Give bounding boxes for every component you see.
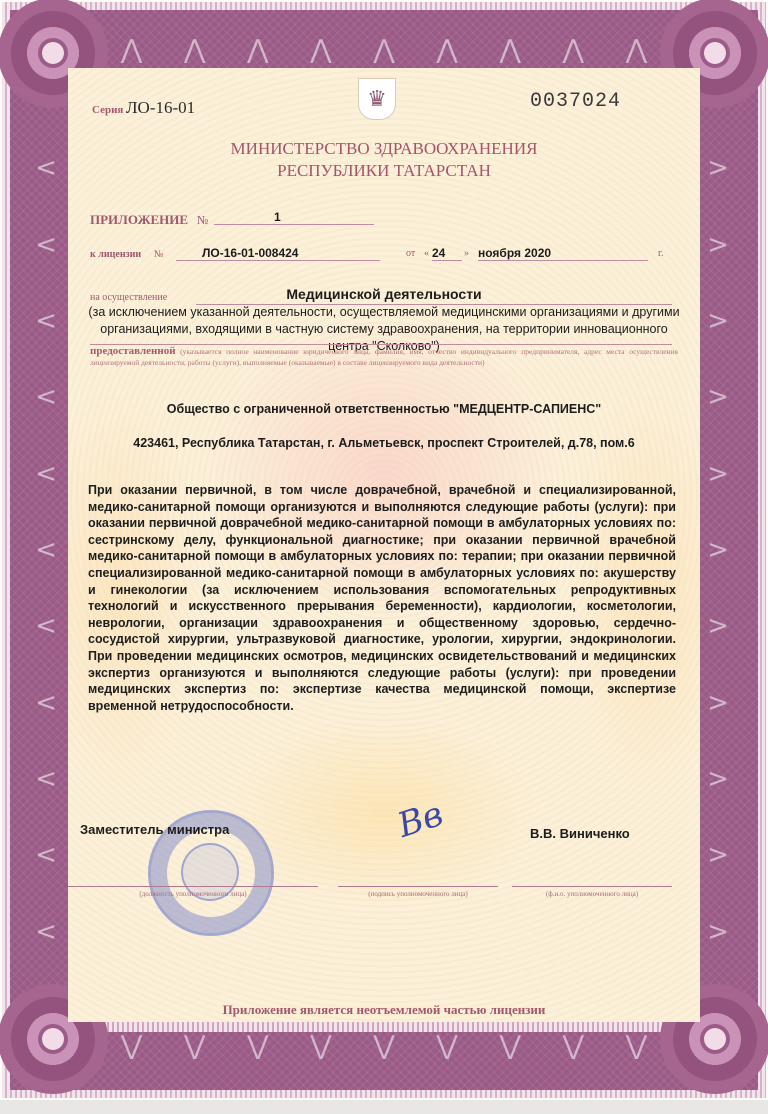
handwritten-signature: Вв xyxy=(393,794,448,846)
right-border-pattern: >>>>>>>>>>> xyxy=(700,130,740,970)
licensee-company: Общество с ограниченной ответственностью… xyxy=(80,402,688,416)
series-label: Серия xyxy=(92,104,123,116)
series-value: ЛО-16-01 xyxy=(126,98,195,118)
footer-note: Приложение является неотъемлемой частью … xyxy=(68,1002,700,1018)
position-caption: (должность уполномоченного лица) xyxy=(68,890,318,898)
services-text: При оказании первичной, в том числе довр… xyxy=(88,482,676,714)
license-label: к лицензии xyxy=(90,249,141,260)
ministry-line-1: МИНИСТЕРСТВО ЗДРАВООХРАНЕНИЯ xyxy=(68,138,700,160)
russian-coat-of-arms-icon: ♛ xyxy=(358,78,396,120)
date-from-label: от xyxy=(406,248,415,259)
ministry-line-2: РЕСПУБЛИКИ ТАТАРСТАН xyxy=(68,160,700,182)
provided-hint-block: предоставленной (указывается полное наим… xyxy=(90,346,678,368)
activity-title: Медицинской деятельности xyxy=(80,286,688,302)
signature-line xyxy=(338,886,498,888)
license-month-year: ноября 2020 xyxy=(478,246,648,261)
license-number-sign: № xyxy=(154,249,164,260)
license-number: ЛО-16-01-008424 xyxy=(176,246,380,261)
name-line xyxy=(512,886,672,888)
top-border-pattern: ⋀⋀⋀⋀⋀⋀⋀⋀⋀ xyxy=(100,32,668,68)
provided-label: предоставленной xyxy=(90,345,176,357)
appendix-label: ПРИЛОЖЕНИЕ xyxy=(90,212,188,227)
license-day: 24 xyxy=(432,246,462,261)
left-border-pattern: <<<<<<<<<<< xyxy=(28,130,68,970)
form-number: 0037024 xyxy=(530,90,621,113)
day-open-quote: « xyxy=(424,248,429,259)
ministry-title: МИНИСТЕРСТВО ЗДРАВООХРАНЕНИЯ РЕСПУБЛИКИ … xyxy=(68,138,700,182)
appendix-number: 1 xyxy=(214,210,374,225)
position-line xyxy=(68,886,318,888)
license-appendix-document: ⋀⋀⋀⋀⋀⋀⋀⋀⋀ ⋁⋁⋁⋁⋁⋁⋁⋁⋁ <<<<<<<<<<< >>>>>>>>… xyxy=(0,0,768,1100)
activity-desc-underline xyxy=(90,344,672,345)
document-content: Серия ЛО-16-01 ♛ 0037024 МИНИСТЕРСТВО ЗД… xyxy=(68,68,700,1036)
provided-hint: (указывается полное наименование юридиче… xyxy=(90,347,678,367)
day-close-quote: » xyxy=(464,248,469,259)
signature-caption: (подпись уполномоченного лица) xyxy=(338,890,498,898)
appendix-number-sign: № xyxy=(197,213,208,227)
signatory-position: Заместитель министра xyxy=(80,822,229,837)
appendix-row: ПРИЛОЖЕНИЕ № 1 xyxy=(90,212,672,228)
license-row: к лицензии № ЛО-16-01-008424 от « 24 » н… xyxy=(90,248,672,260)
licensee-address: 423461, Республика Татарстан, г. Альметь… xyxy=(80,436,688,450)
signatory-name: В.В. Виниченко xyxy=(530,826,630,841)
year-suffix: г. xyxy=(658,248,663,259)
name-caption: (ф.и.о. уполномоченного лица) xyxy=(512,890,672,898)
